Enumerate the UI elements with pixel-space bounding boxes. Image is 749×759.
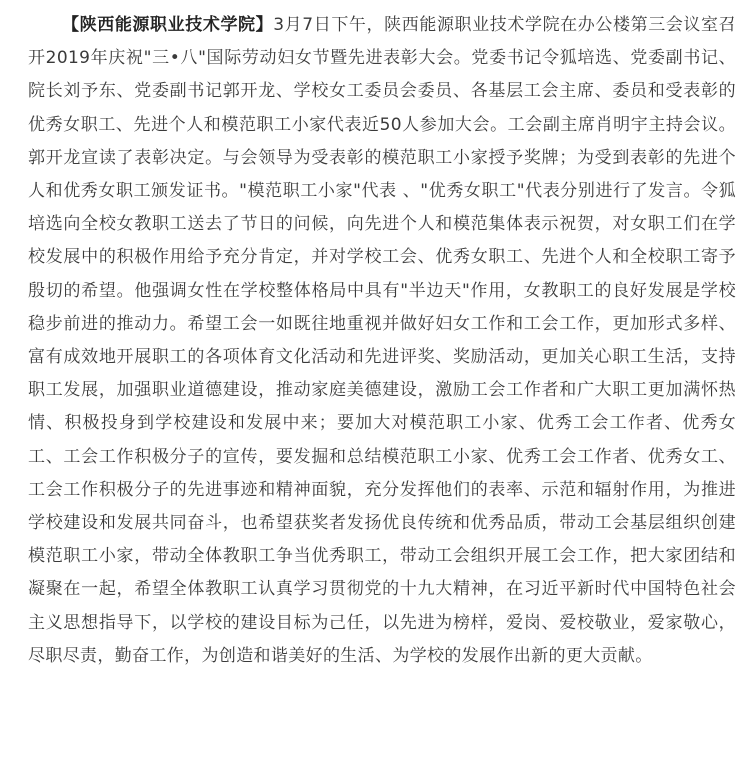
article-paragraph: 【陕西能源职业技术学院】3月7日下午，陕西能源职业技术学院在办公楼第三会议室召开… bbox=[28, 9, 736, 673]
article-source-tag: 【陕西能源职业技术学院】 bbox=[62, 15, 273, 35]
article-body-text: 3月7日下午，陕西能源职业技术学院在办公楼第三会议室召开2019年庆祝"三•八"… bbox=[28, 15, 736, 666]
